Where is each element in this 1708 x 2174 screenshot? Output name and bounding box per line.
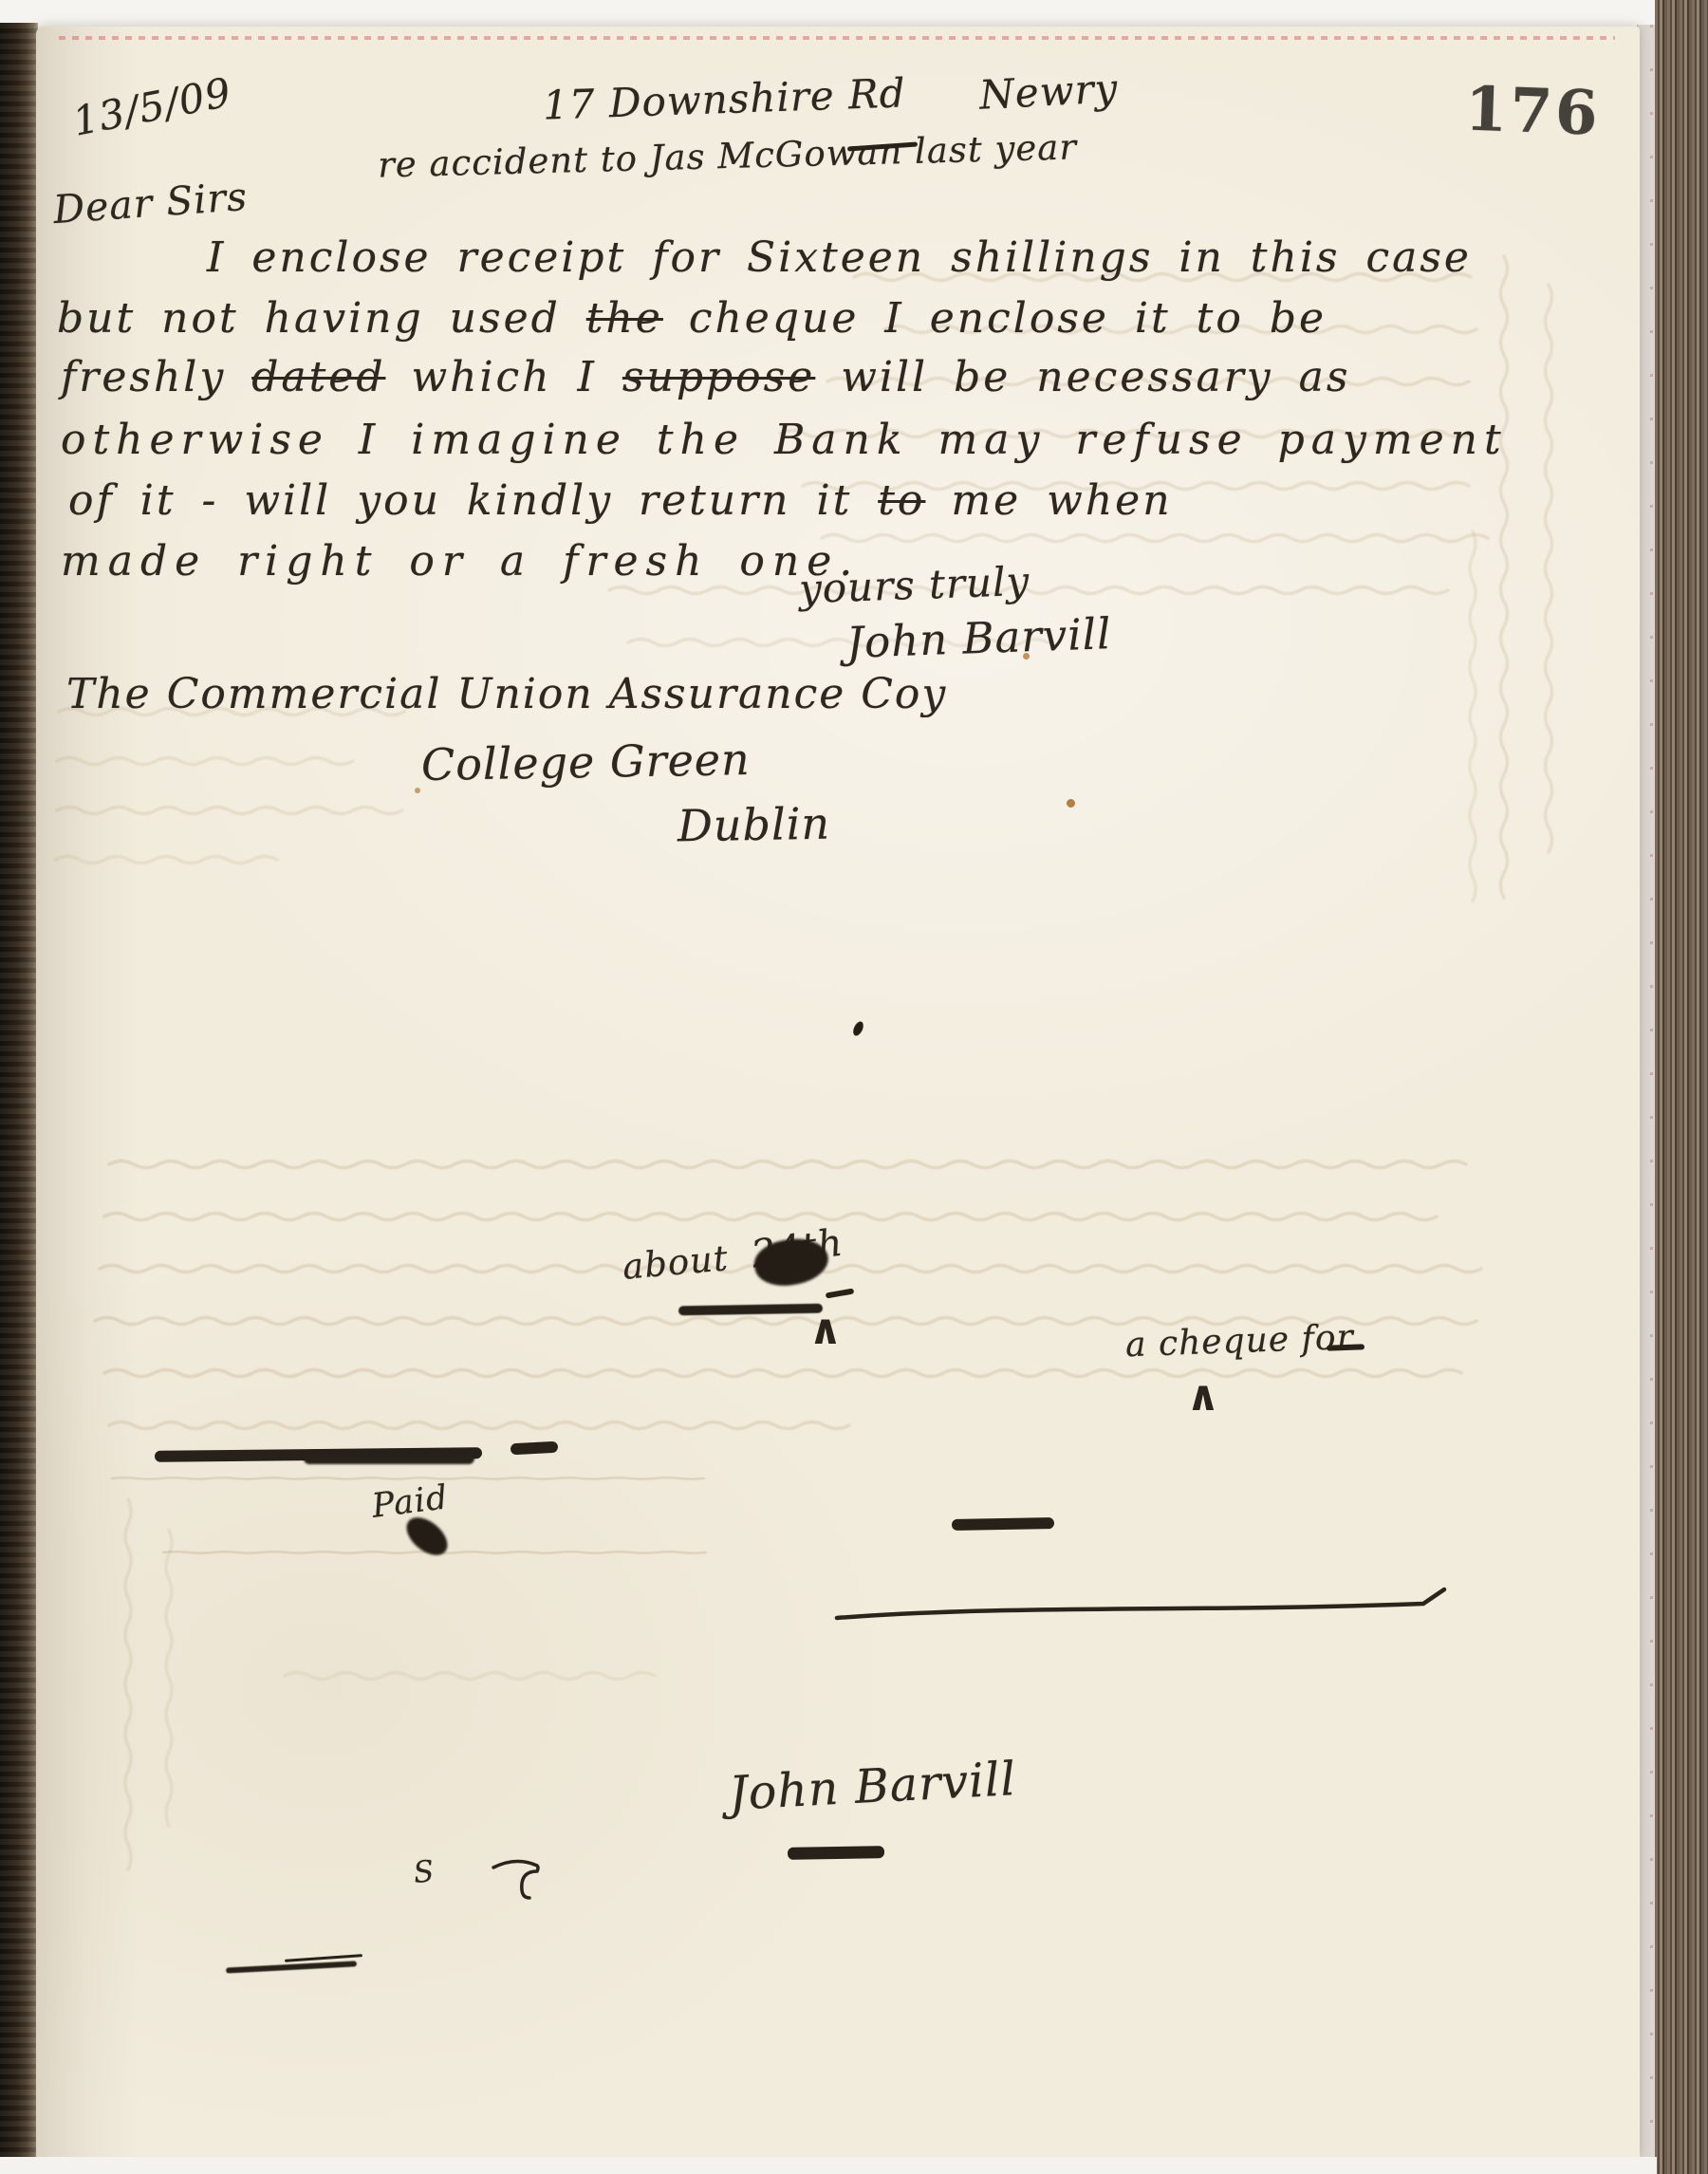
ink-long-line — [837, 1589, 1444, 1618]
letter-book-scan: 13/5/09 17 Downshire Rd Newry re acciden… — [0, 0, 1708, 2174]
ink-hook-mark — [493, 1861, 538, 1898]
ink-marks-layer — [0, 0, 1708, 2174]
